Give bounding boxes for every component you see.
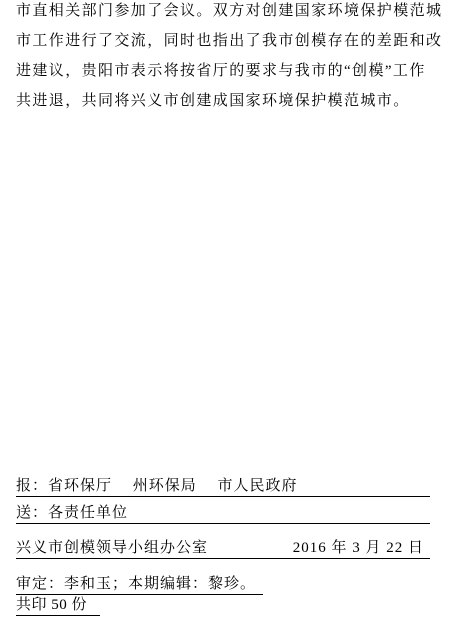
send-to-line: 送：各责任单位 — [16, 504, 430, 524]
print-count-line: 共印 50 份 — [16, 596, 100, 616]
report-to-line: 报：省环保厅 州环保局 市人民政府 — [16, 477, 430, 497]
issue-date: 2016 年 3 月 22 日 — [293, 539, 424, 558]
document-page: 市直相关部门参加了会议。双方对创建国家环境保护模范城 市工作进行了交流，同时也指… — [0, 0, 452, 625]
body-paragraph: 市直相关部门参加了会议。双方对创建国家环境保护模范城 市工作进行了交流，同时也指… — [16, 0, 448, 116]
paragraph-line: 共进退，共同将兴义市创建成国家环境保护模范城市。 — [16, 86, 448, 116]
paragraph-line: 市直相关部门参加了会议。双方对创建国家环境保护模范城 — [16, 0, 448, 26]
paragraph-line: 市工作进行了交流，同时也指出了我市创模存在的差距和改 — [16, 26, 448, 56]
review-editor-line: 审定：李和玉；本期编辑：黎珍。 — [16, 575, 263, 595]
issuing-office: 兴义市创模领导小组办公室 — [16, 539, 208, 558]
paragraph-line: 进建议，贵阳市表示将按省厅的要求与我市的“创模”工作 — [16, 56, 448, 86]
office-date-line: 兴义市创模领导小组办公室 2016 年 3 月 22 日 — [16, 539, 430, 559]
